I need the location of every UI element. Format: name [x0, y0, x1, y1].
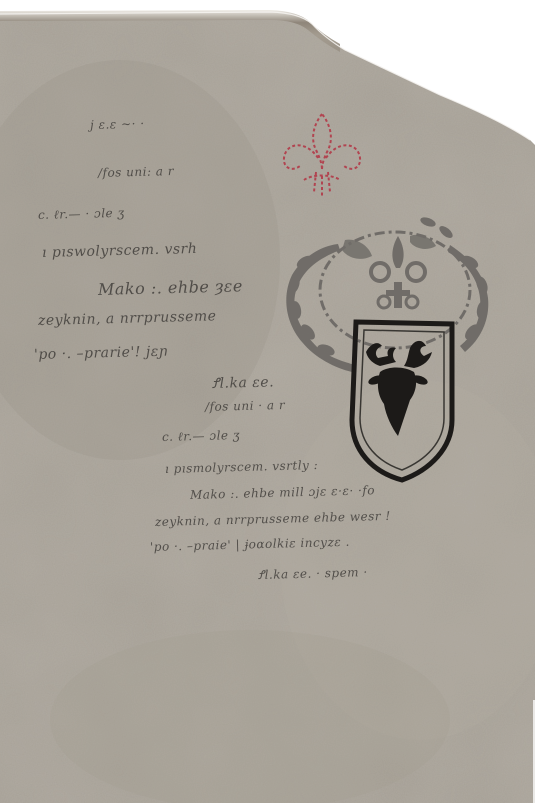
script-line: c. ℓr.— ɔle ʒ	[162, 428, 241, 445]
script-line: Mako :. ehbe ȝɛe	[98, 276, 243, 299]
script-line: /fos uni · a r	[205, 398, 285, 414]
product-photo: j ɛ.ɛ ~· · /fos uni: a r c. ℓr.— · ɔle ʒ…	[0, 0, 535, 803]
script-line: Ꝭl.ka ɛe. · spem ·	[258, 563, 368, 583]
script-line: c. ℓr.— · ɔle ʒ	[38, 206, 125, 223]
script-line: j ɛ.ɛ ~· ·	[90, 117, 145, 132]
script-line: Ꝭl.ka ɛe.	[212, 372, 275, 393]
script-line: /fos uni: a r	[98, 164, 174, 180]
